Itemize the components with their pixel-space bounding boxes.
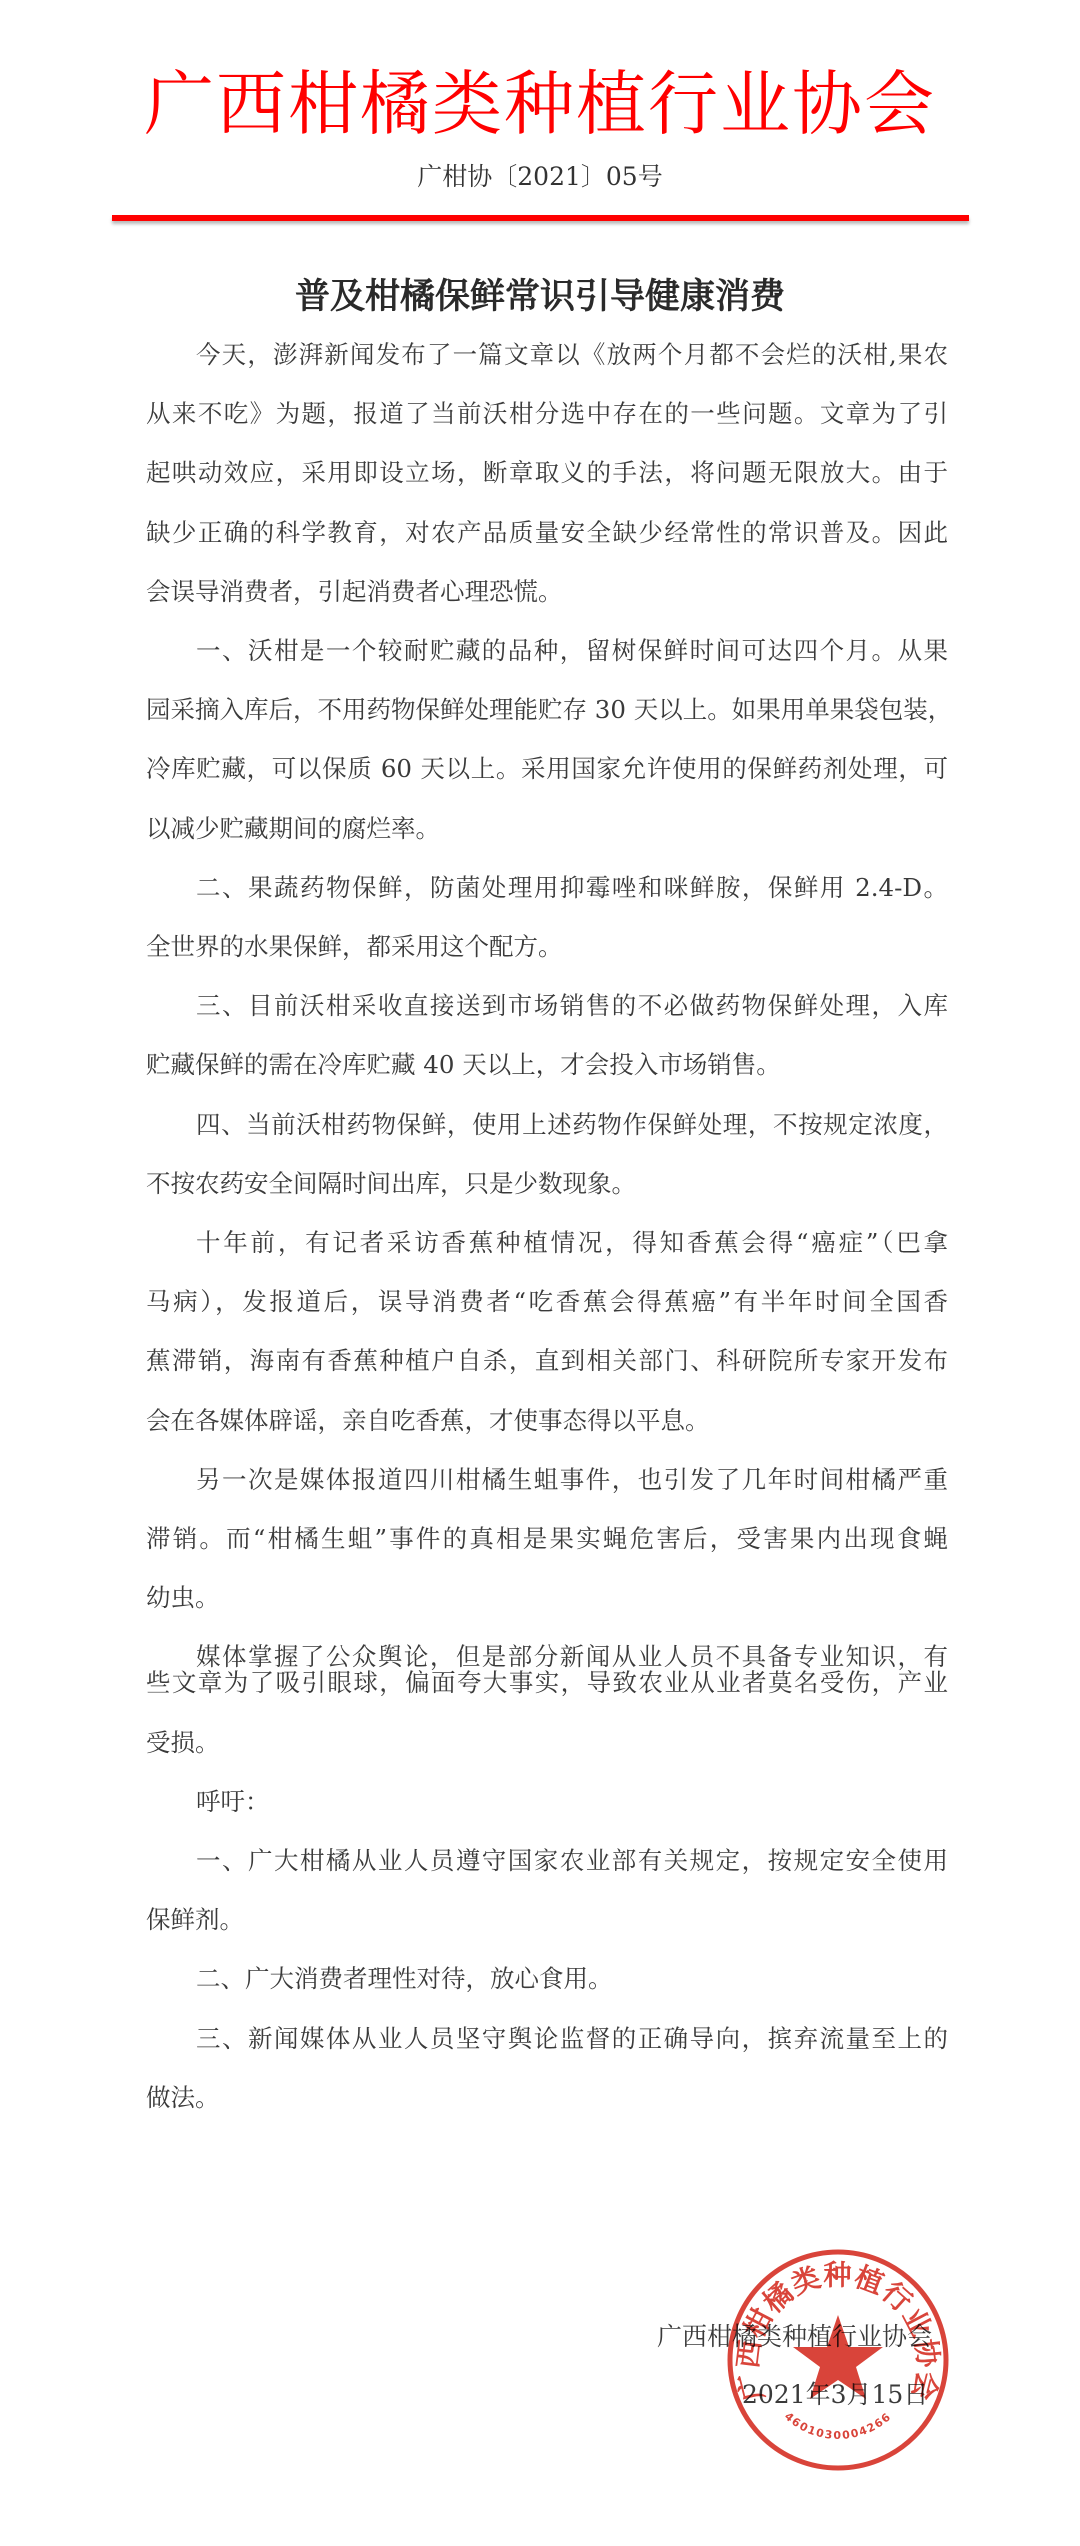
paragraph-line: 些文章为了吸引眼球，偏面夸大事实，导致农业从业者莫名受伤，产业 — [146, 1666, 948, 1700]
paragraph-line: 蕉滞销，海南有香蕉种植户自杀，直到相关部门、科研院所专家开发布 — [146, 1344, 948, 1378]
svg-text:4601030004266: 4601030004266 — [782, 2410, 894, 2442]
document-number: 广柑协〔2021〕05号 — [0, 161, 1080, 193]
paragraph-line: 今天，澎湃新闻发布了一篇文章以《放两个月都不会烂的沃柑,果农 — [196, 338, 948, 372]
paragraph-line: 呼吁： — [196, 1785, 948, 1819]
paragraph-line: 从来不吃》为题，报道了当前沃柑分选中存在的一些问题。文章为了引 — [146, 397, 948, 431]
paragraph-line: 二、果蔬药物保鲜，防菌处理用抑霉唑和咪鲜胺，保鲜用 2.4-D。 — [196, 871, 948, 905]
seal-serial: 4601030004266 — [782, 2410, 894, 2442]
paragraph-line: 起哄动效应，采用即设立场，断章取义的手法，将问题无限放大。由于 — [146, 456, 948, 490]
paragraph-line: 一、广大柑橘从业人员遵守国家农业部有关规定，按规定安全使用 — [196, 1844, 948, 1878]
paragraph-line: 冷库贮藏，可以保质 60 天以上。采用国家允许使用的保鲜药剂处理，可 — [146, 752, 948, 786]
paragraph-line: 滞销。而“柑橘生蛆”事件的真相是果实蝇危害后，受害果内出现食蝇 — [146, 1522, 948, 1556]
paragraph-line: 园采摘入库后，不用药物保鲜处理能贮存 30 天以上。如果用单果袋包装， — [146, 693, 948, 727]
red-header-rule — [112, 215, 969, 221]
paragraph-line: 马病），发报道后，误导消费者“吃香蕉会得蕉癌”有半年时间全国香 — [146, 1285, 948, 1319]
paragraph-line: 缺少正确的科学教育，对农产品质量安全缺少经常性的常识普及。因此 — [146, 516, 948, 550]
organization-title: 广西柑橘类种植行业协会 — [0, 62, 1080, 146]
paragraph-line: 会误导消费者，引起消费者心理恐慌。 — [146, 575, 948, 609]
paragraph-line: 十年前，有记者采访香蕉种植情况，得知香蕉会得“癌症”（巴拿 — [196, 1226, 948, 1260]
paragraph-line: 不按农药安全间隔时间出库，只是少数现象。 — [146, 1167, 948, 1201]
paragraph-line: 二、广大消费者理性对待，放心食用。 — [196, 1962, 948, 1996]
paragraph-line: 三、新闻媒体从业人员坚守舆论监督的正确导向，摈弃流量至上的 — [196, 2022, 948, 2056]
paragraph-line: 受损。 — [146, 1726, 948, 1760]
article-title: 普及柑橘保鲜常识引导健康消费 — [0, 276, 1080, 318]
paragraph-line: 贮藏保鲜的需在冷库贮藏 40 天以上，才会投入市场销售。 — [146, 1048, 948, 1082]
paragraph-line: 以减少贮藏期间的腐烂率。 — [146, 812, 948, 846]
paragraph-line: 幼虫。 — [146, 1581, 948, 1615]
paragraph-line: 三、目前沃柑采收直接送到市场销售的不必做药物保鲜处理，入库 — [196, 989, 948, 1023]
paragraph-line: 另一次是媒体报道四川柑橘生蛆事件，也引发了几年时间柑橘严重 — [196, 1463, 948, 1497]
paragraph-line: 做法。 — [146, 2081, 948, 2115]
paragraph-line: 一、沃柑是一个较耐贮藏的品种，留树保鲜时间可达四个月。从果 — [196, 634, 948, 668]
official-seal-icon: 广西柑橘类种植行业协会 4601030004266 — [725, 2247, 951, 2473]
paragraph-line: 全世界的水果保鲜，都采用这个配方。 — [146, 930, 948, 964]
paragraph-line: 四、当前沃柑药物保鲜，使用上述药物作保鲜处理，不按规定浓度， — [196, 1108, 948, 1142]
paragraph-line: 保鲜剂。 — [146, 1903, 948, 1937]
paragraph-line: 会在各媒体辟谣，亲自吃香蕉，才使事态得以平息。 — [146, 1404, 948, 1438]
